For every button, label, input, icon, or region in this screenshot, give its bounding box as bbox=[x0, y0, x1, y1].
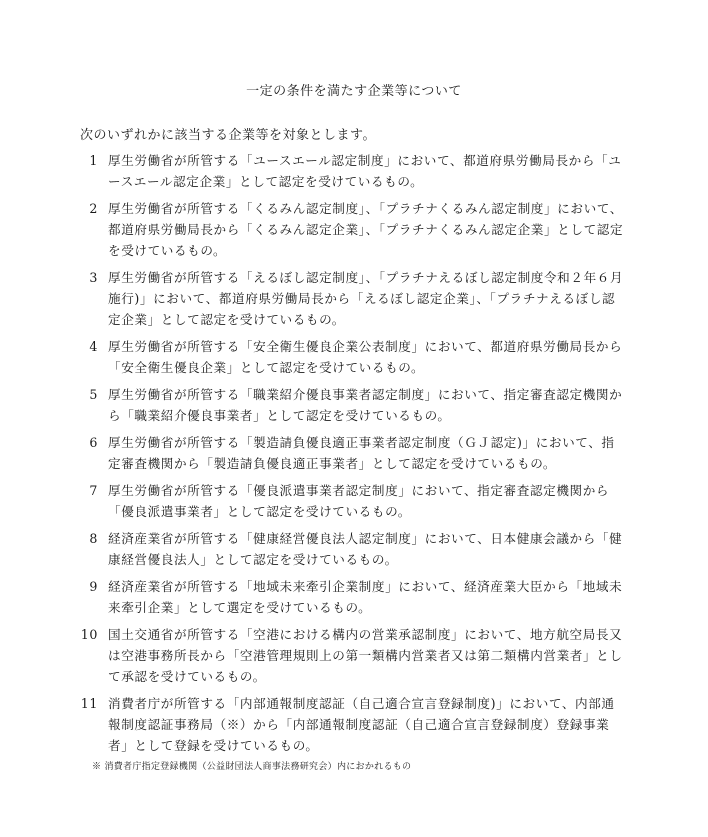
list-item: 7 厚生労働省が所管する「優良派遣事業者認定制度」において、指定審査認定機関から… bbox=[76, 480, 636, 522]
item-number: 3 bbox=[76, 267, 108, 330]
item-text: 厚生労働省が所管する「ユースエール認定制度」において、都道府県労働局長から「ユー… bbox=[108, 150, 636, 192]
item-number: 11 bbox=[76, 693, 108, 756]
item-text: 経済産業省が所管する「地域未来牽引企業制度」において、経済産業大臣から「地域未来… bbox=[108, 576, 636, 618]
document-title: 一定の条件を満たす企業等について bbox=[0, 80, 708, 99]
item-number: 2 bbox=[76, 198, 108, 261]
item-number: 7 bbox=[76, 480, 108, 522]
list-item: 8 経済産業省が所管する「健康経営優良法人認定制度」において、日本健康会議から「… bbox=[76, 528, 636, 570]
item-text: 国土交通省が所管する「空港における構内の営業承認制度」において、地方航空局長又は… bbox=[108, 624, 636, 687]
item-number: 1 bbox=[76, 150, 108, 192]
list-item: 4 厚生労働省が所管する「安全衛生優良企業公表制度」において、都道府県労働局長か… bbox=[76, 336, 636, 378]
item-text: 厚生労働省が所管する「製造請負優良適正事業者認定制度（ＧＪ認定)」において、指定… bbox=[108, 432, 636, 474]
list-item: 6 厚生労働省が所管する「製造請負優良適正事業者認定制度（ＧＪ認定)」において、… bbox=[76, 432, 636, 474]
list-item: 5 厚生労働省が所管する「職業紹介優良事業者認定制度」において、指定審査認定機関… bbox=[76, 384, 636, 426]
item-text: 厚生労働省が所管する「安全衛生優良企業公表制度」において、都道府県労働局長から「… bbox=[108, 336, 636, 378]
item-text: 経済産業省が所管する「健康経営優良法人認定制度」において、日本健康会議から「健康… bbox=[108, 528, 636, 570]
item-number: 4 bbox=[76, 336, 108, 378]
footnote: ※ 消費者庁指定登録機関（公益財団法人商事法務研究会）内におかれるもの bbox=[92, 760, 636, 774]
item-text: 厚生労働省が所管する「職業紹介優良事業者認定制度」において、指定審査認定機関から… bbox=[108, 384, 636, 426]
criteria-list: 1 厚生労働省が所管する「ユースエール認定制度」において、都道府県労働局長から「… bbox=[76, 150, 636, 774]
document-page: 一定の条件を満たす企業等について 次のいずれかに該当する企業等を対象とします。 … bbox=[0, 0, 708, 837]
item-text: 厚生労働省が所管する「えるぼし認定制度」、「プラチナえるぼし認定制度令和２年６月… bbox=[108, 267, 636, 330]
intro-text: 次のいずれかに該当する企業等を対象とします。 bbox=[80, 124, 376, 143]
item-number: 9 bbox=[76, 576, 108, 618]
list-item: 11 消費者庁が所管する「内部通報制度認証（自己適合宣言登録制度)」において、内… bbox=[76, 693, 636, 756]
item-number: 5 bbox=[76, 384, 108, 426]
list-item: 10 国土交通省が所管する「空港における構内の営業承認制度」において、地方航空局… bbox=[76, 624, 636, 687]
item-number: 6 bbox=[76, 432, 108, 474]
item-text: 厚生労働省が所管する「優良派遣事業者認定制度」において、指定審査認定機関から「優… bbox=[108, 480, 636, 522]
list-item: 3 厚生労働省が所管する「えるぼし認定制度」、「プラチナえるぼし認定制度令和２年… bbox=[76, 267, 636, 330]
item-number: 8 bbox=[76, 528, 108, 570]
item-number: 10 bbox=[76, 624, 108, 687]
list-item: 2 厚生労働省が所管する「くるみん認定制度」、「プラチナくるみん認定制度」におい… bbox=[76, 198, 636, 261]
list-item: 1 厚生労働省が所管する「ユースエール認定制度」において、都道府県労働局長から「… bbox=[76, 150, 636, 192]
item-text: 厚生労働省が所管する「くるみん認定制度」、「プラチナくるみん認定制度」において、… bbox=[108, 198, 636, 261]
list-item: 9 経済産業省が所管する「地域未来牽引企業制度」において、経済産業大臣から「地域… bbox=[76, 576, 636, 618]
item-text: 消費者庁が所管する「内部通報制度認証（自己適合宣言登録制度)」において、内部通報… bbox=[108, 693, 636, 756]
